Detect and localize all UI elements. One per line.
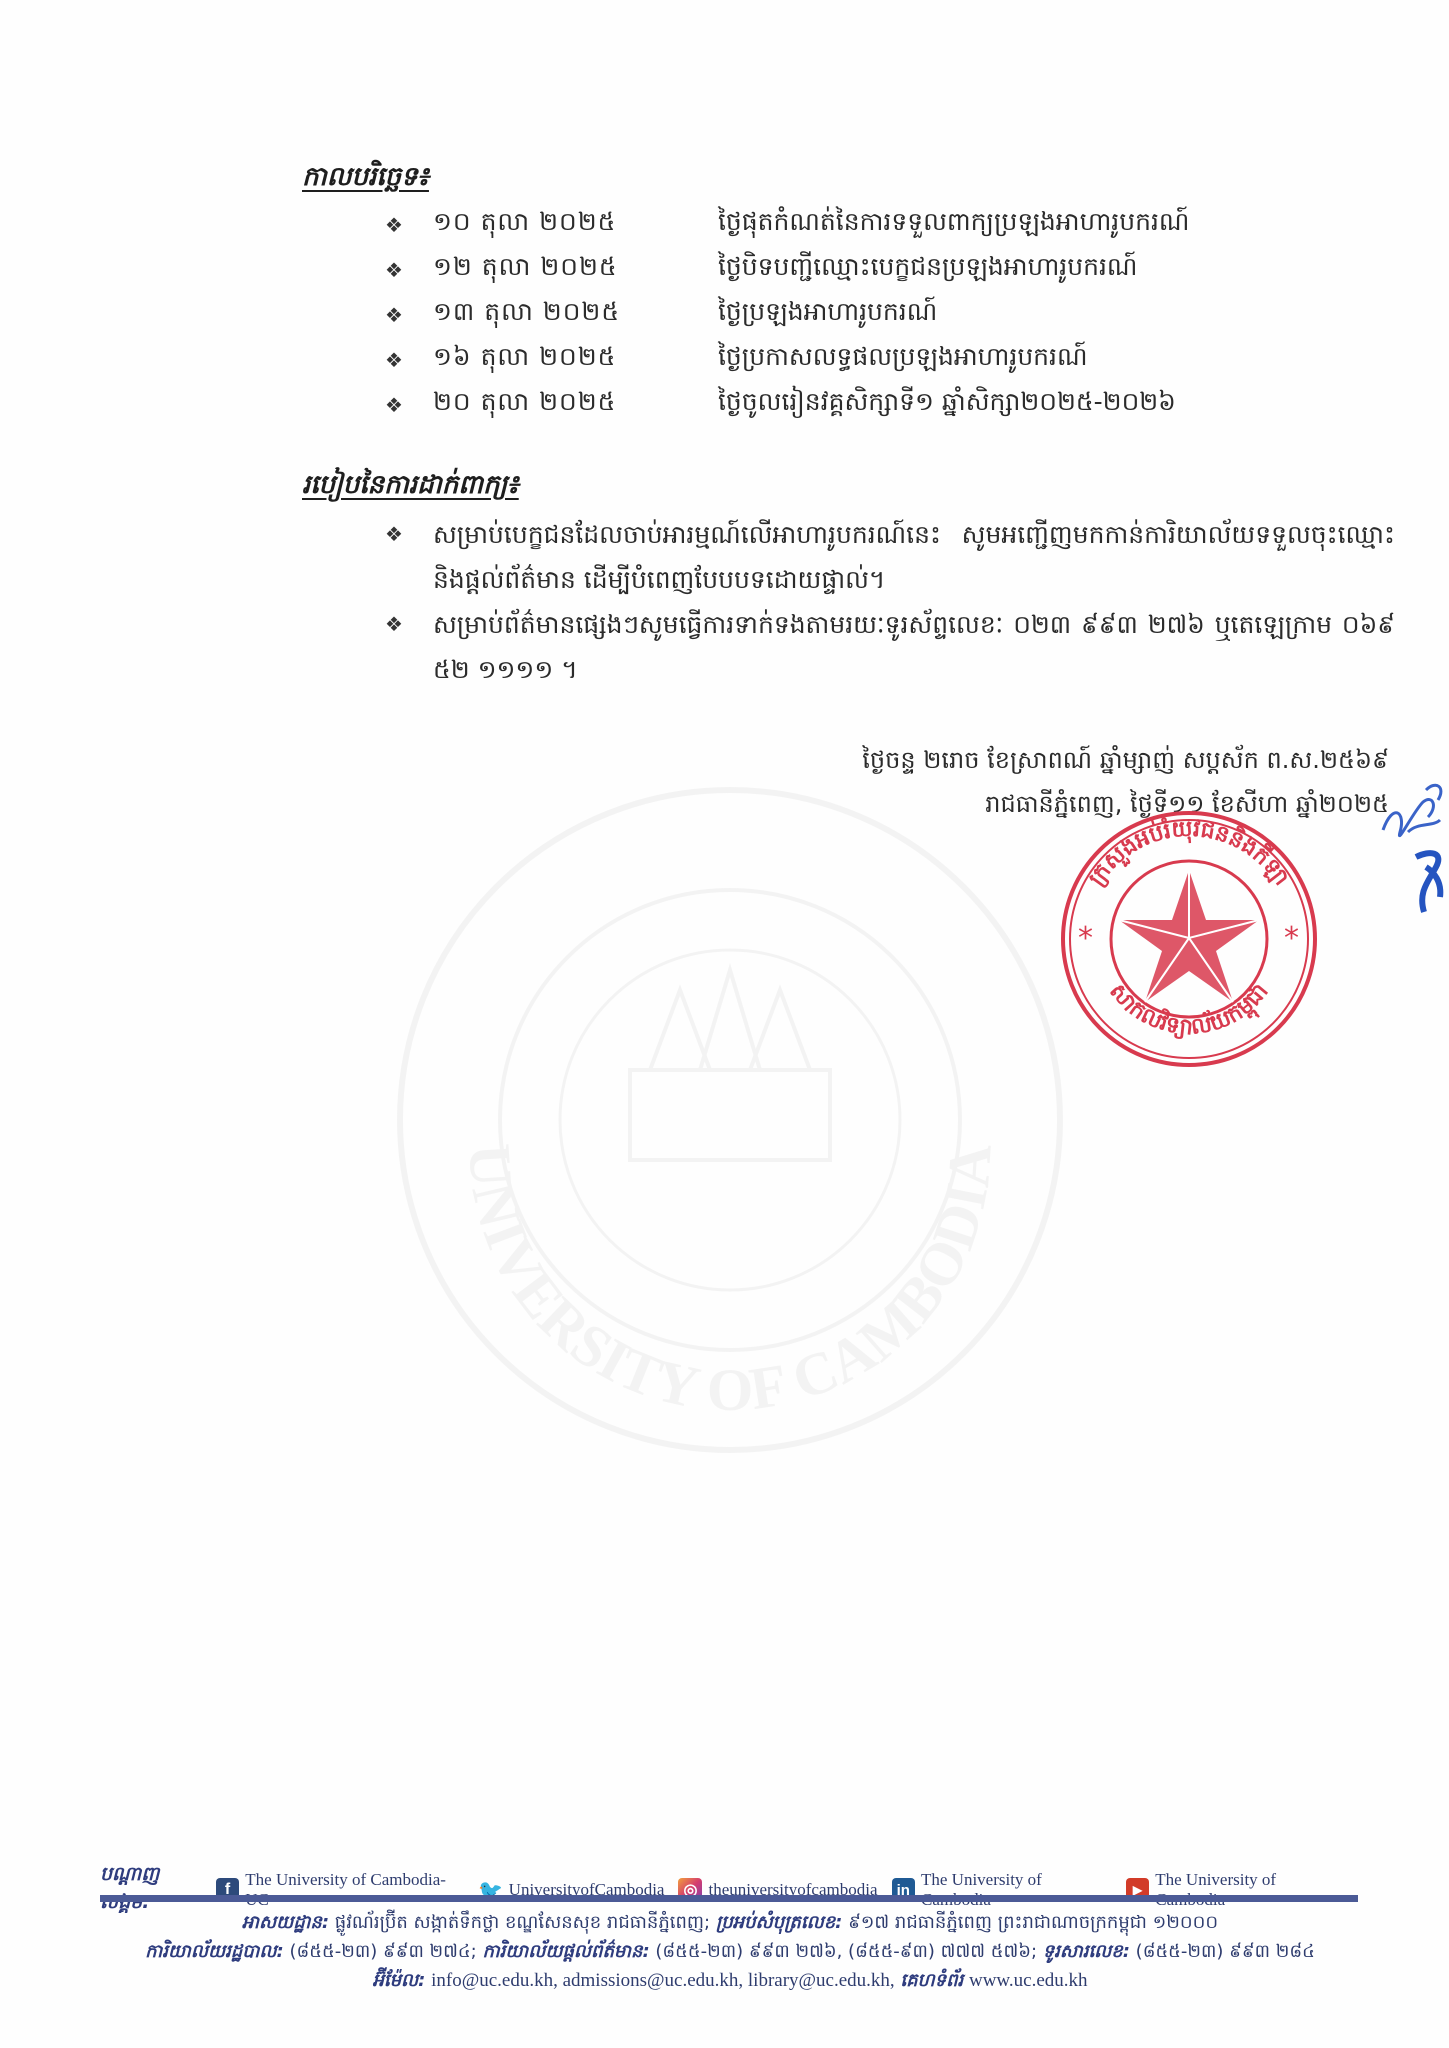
procedure-text: សម្រាប់បេក្ខជនដែលចាប់អារម្មណ៍លើអាហារូបករ… (433, 512, 1395, 602)
diamond-bullet-icon: ❖ (385, 213, 433, 237)
schedule-item: ❖១២ តុលា ២០២៥ថ្ងៃបិទបញ្ជីឈ្មោះបេក្ខជនប្រ… (385, 247, 1285, 292)
schedule-item: ❖២០ តុលា ២០២៥ថ្ងៃចូលរៀនវគ្គសិក្សាទី១ ឆ្ន… (385, 382, 1285, 427)
diamond-bullet-icon: ❖ (385, 512, 433, 602)
address: ផ្លូវណ័រប្រ៊ីត សង្កាត់ទឹកថ្លា ខណ្ឌសែនសុខ… (335, 1912, 710, 1933)
diamond-bullet-icon: ❖ (385, 258, 433, 282)
footer-contact: អាសយដ្ឋាន: ផ្លូវណ័រប្រ៊ីត សង្កាត់ទឹកថ្លា… (100, 1908, 1360, 1995)
document-page: UNIVERSITY OF CAMBODIA កាលបរិច្ឆេទ៖ ❖១០ … (0, 0, 1449, 2048)
svg-text:*: * (1078, 921, 1093, 956)
schedule-description: ថ្ងៃផុតកំណត់នៃការទទួលពាក្យប្រឡងអាហារូបករ… (718, 207, 1285, 243)
schedule-heading: កាលបរិច្ឆេទ៖ (302, 160, 429, 198)
pobox: ៩១៧ រាជធានីភ្នំពេញ ព្រះរាជាណាចក្រកម្ពុជា… (848, 1912, 1218, 1933)
procedure-list: ❖សម្រាប់បេក្ខជនដែលចាប់អារម្មណ៍លើអាហារូបក… (385, 512, 1395, 692)
procedure-item: ❖សម្រាប់ព័ត៌មានផ្សេងៗសូមធ្វើការទាក់ទងតាម… (385, 602, 1395, 692)
website-label: គេហទំព័រ (900, 1970, 963, 1991)
social-link-label: The University of Cambodia-UC (245, 1870, 464, 1910)
schedule-description: ថ្ងៃប្រកាសលទ្ធផលប្រឡងអាហារូបករណ៍ (718, 342, 1285, 378)
info-phone: (៨៥៥-២៣) ៩៩៣ ២៧៦, (៨៥៥-៩៣) ៧៧៧ ៥៧៦; (655, 1941, 1037, 1962)
signature (1378, 772, 1449, 922)
footer-email-line: អ៊ីម៉ែល: info@uc.edu.kh, admissions@uc.e… (100, 1966, 1360, 1995)
schedule-date: ១០ តុលា ២០២៥ (433, 207, 718, 243)
diamond-bullet-icon: ❖ (385, 602, 433, 692)
svg-text:សាកលវិទ្យាល័យកម្ពុជា: សាកលវិទ្យាល័យកម្ពុជា (1104, 979, 1273, 1041)
schedule-date: ១៦ តុលា ២០២៥ (433, 342, 718, 378)
lunar-date: ថ្ងៃចន្ទ ២រោច ខែស្រាពណ៍ ឆ្នាំម្សាញ់ សប្ត… (862, 738, 1389, 782)
procedure-item: ❖សម្រាប់បេក្ខជនដែលចាប់អារម្មណ៍លើអាហារូបក… (385, 512, 1395, 602)
schedule-item: ❖១៣ តុលា ២០២៥ថ្ងៃប្រឡងអាហារូបករណ៍ (385, 292, 1285, 337)
fax: (៨៥៥-២៣) ៩៩៣ ២៨៤ (1136, 1941, 1315, 1962)
email-label: អ៊ីម៉ែល: (372, 1970, 425, 1991)
social-link-label: The University of Cambodia (1155, 1870, 1346, 1910)
footer-address-line: អាសយដ្ឋាន: ផ្លូវណ័រប្រ៊ីត សង្កាត់ទឹកថ្លា… (100, 1908, 1360, 1937)
footer-phone-line: ការិយាល័យរដ្ឋបាល: (៨៥៥-២៣) ៩៩៣ ២៧៤; ការិ… (100, 1937, 1360, 1966)
fax-label: ទូរសារលេខ: (1043, 1941, 1130, 1962)
social-link-label: The University of Cambodia (921, 1870, 1112, 1910)
schedule-description: ថ្ងៃចូលរៀនវគ្គសិក្សាទី១ ឆ្នាំសិក្សា២០២៥-… (718, 387, 1285, 423)
svg-text:*: * (1284, 921, 1299, 956)
social-link[interactable]: inThe University of Cambodia (892, 1870, 1112, 1910)
admin-label: ការិយាល័យរដ្ឋបាល: (145, 1941, 284, 1962)
diamond-bullet-icon: ❖ (385, 393, 433, 417)
diamond-bullet-icon: ❖ (385, 303, 433, 327)
svg-text:UNIVERSITY OF CAMBODIA: UNIVERSITY OF CAMBODIA (456, 1142, 1004, 1423)
footer-divider (100, 1895, 1358, 1902)
schedule-description: ថ្ងៃប្រឡងអាហារូបករណ៍ (718, 297, 1285, 333)
official-seal-stamp: * * ក្រសួងអប់រំយុវជននិងកីឡា សាកលវិទ្យាល័… (1058, 808, 1320, 1070)
social-link[interactable]: fThe University of Cambodia-UC (216, 1870, 465, 1910)
info-label: ការិយាល័យផ្តល់ព័ត៌មាន: (482, 1941, 649, 1962)
pobox-label: ប្រអប់សំបុត្រលេខ: (716, 1912, 842, 1933)
procedure-heading: របៀបនៃការដាក់ពាក្យ៖ (302, 468, 519, 506)
schedule-description: ថ្ងៃបិទបញ្ជីឈ្មោះបេក្ខជនប្រឡងអាហារូបករណ៍ (718, 252, 1285, 288)
address-label: អាសយដ្ឋាន: (242, 1912, 329, 1933)
email-links[interactable]: info@uc.edu.kh, admissions@uc.edu.kh, li… (431, 1970, 895, 1991)
website-link[interactable]: www.uc.edu.kh (969, 1970, 1088, 1991)
procedure-text: សម្រាប់ព័ត៌មានផ្សេងៗសូមធ្វើការទាក់ទងតាមរ… (433, 602, 1395, 692)
social-link[interactable]: ▶The University of Cambodia (1126, 1870, 1346, 1910)
schedule-date: ១២ តុលា ២០២៥ (433, 252, 718, 288)
university-watermark-emblem: UNIVERSITY OF CAMBODIA (380, 770, 1080, 1470)
schedule-item: ❖១០ តុលា ២០២៥ថ្ងៃផុតកំណត់នៃការទទួលពាក្យប… (385, 202, 1285, 247)
schedule-list: ❖១០ តុលា ២០២៥ថ្ងៃផុតកំណត់នៃការទទួលពាក្យប… (385, 202, 1285, 427)
schedule-date: ១៣ តុលា ២០២៥ (433, 297, 718, 333)
admin-phone: (៨៥៥-២៣) ៩៩៣ ២៧៤; (289, 1941, 476, 1962)
diamond-bullet-icon: ❖ (385, 348, 433, 372)
schedule-date: ២០ តុលា ២០២៥ (433, 387, 718, 423)
schedule-item: ❖១៦ តុលា ២០២៥ថ្ងៃប្រកាសលទ្ធផលប្រឡងអាហារូ… (385, 337, 1285, 382)
